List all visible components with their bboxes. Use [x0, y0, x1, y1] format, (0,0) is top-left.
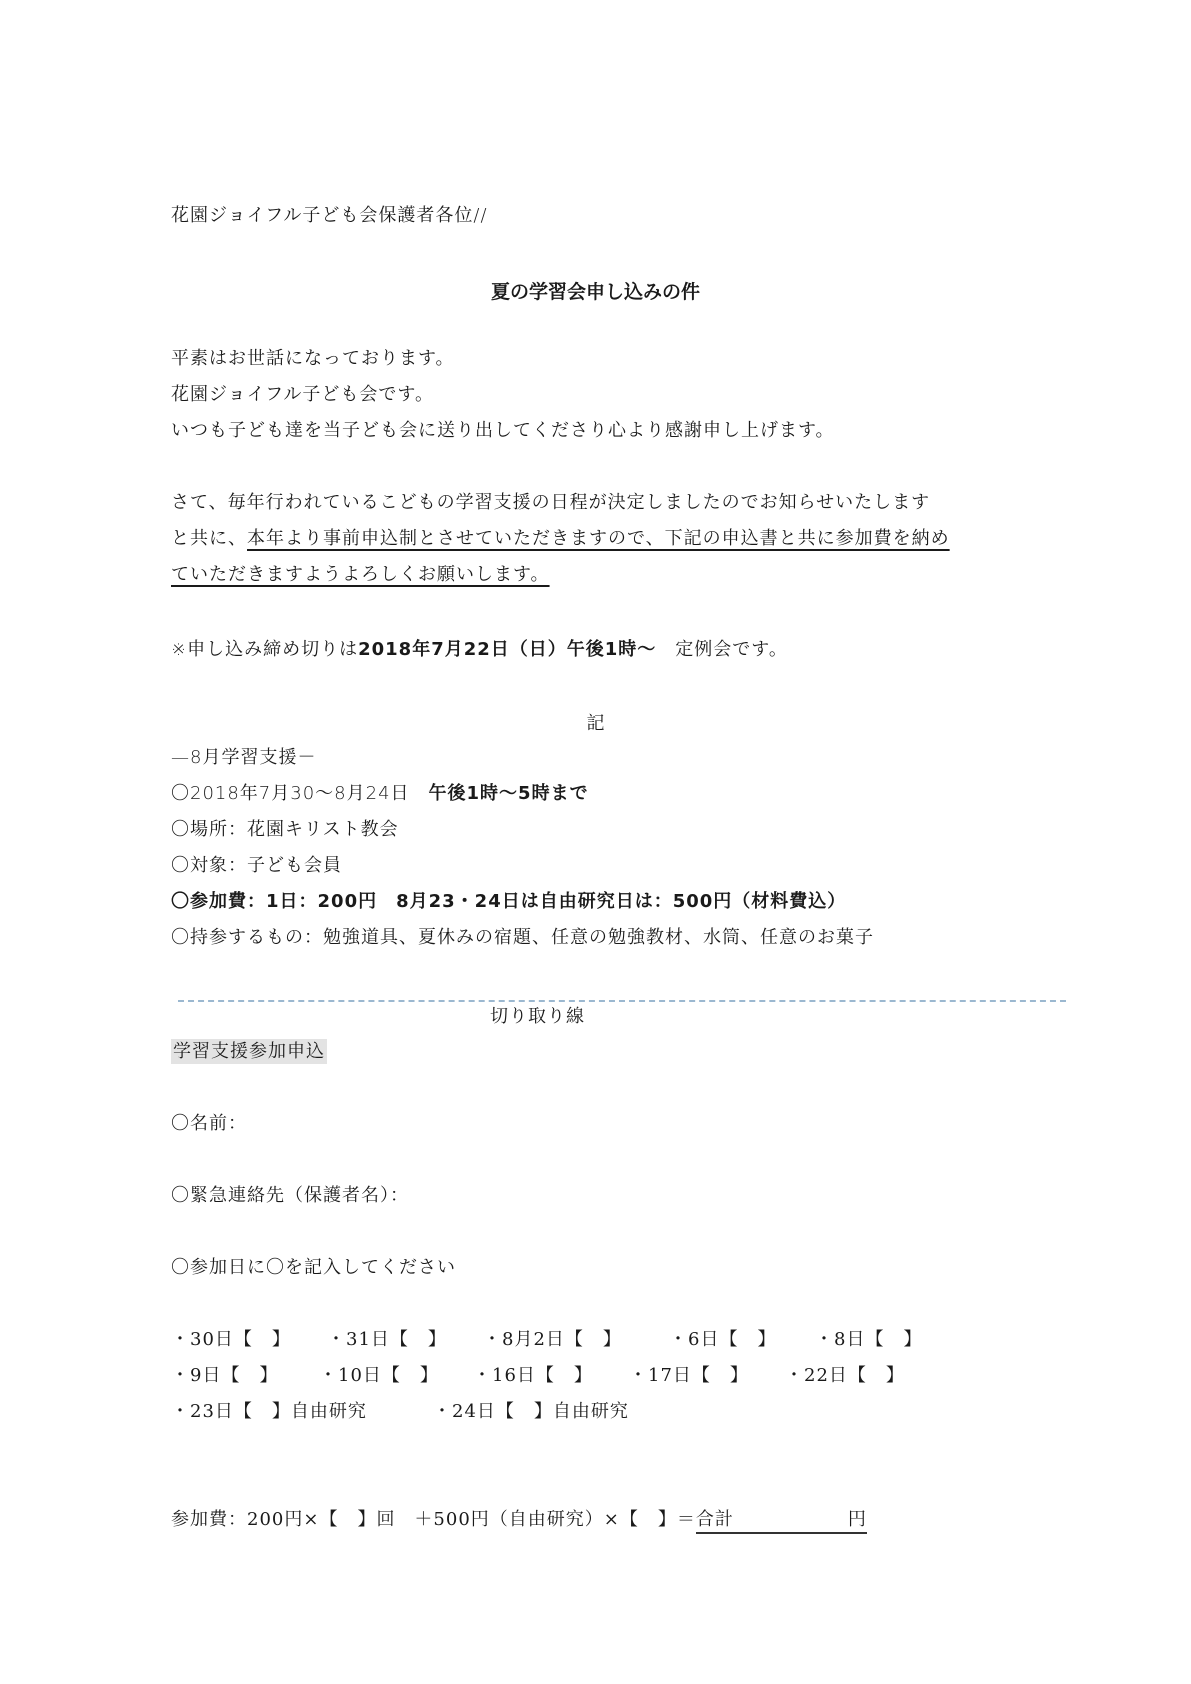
details-time: 午後1時～5時まで — [429, 783, 589, 804]
details-place: 〇場所：花園キリスト教会 — [171, 818, 399, 842]
greeting-line-2: 花園ジョイフル子ども会です。 — [171, 383, 434, 407]
day-checkbox[interactable]: ・17日【 】 — [629, 1364, 785, 1388]
days-row-3: ・23日【 】自由研究・24日【 】自由研究 — [171, 1400, 629, 1424]
notice-line-2-plain: と共に、 — [171, 528, 247, 549]
cut-line-label: 切り取り線 — [490, 1002, 585, 1028]
greeting-line-3: いつも子ども達を当子ども会に送り出してくださり心より感謝申し上げます。 — [171, 419, 835, 443]
notice-line-2-underlined: 本年より事前申込制とさせていただきますので、下記の申込書と共に参加費を納め — [247, 528, 950, 549]
day-checkbox[interactable]: ・24日【 】自由研究 — [433, 1400, 629, 1424]
fee-calculation: 参加費：200円×【 】回 ＋500円（自由研究）×【 】＝合計 円 — [171, 1508, 867, 1532]
days-row-1: ・30日【 】・31日【 】・8月2日【 】・6日【 】・8日【 】 — [171, 1328, 922, 1352]
salutation: 花園ジョイフル子ども会保護者各位// — [171, 204, 488, 228]
day-checkbox[interactable]: ・22日【 】 — [785, 1364, 905, 1388]
day-checkbox[interactable]: ・16日【 】 — [473, 1364, 629, 1388]
details-target: 〇対象：子ども会員 — [171, 854, 342, 878]
day-checkbox[interactable]: ・31日【 】 — [327, 1328, 483, 1352]
form-name-label: 〇名前： — [171, 1112, 247, 1136]
cut-line — [178, 1000, 1066, 1002]
details-items: 〇持参するもの：勉強道具、夏休みの宿題、任意の勉強教材、水筒、任意のお菓子 — [171, 926, 874, 950]
total-field[interactable]: 合計 円 — [696, 1509, 867, 1534]
form-heading: 学習支援参加申込 — [171, 1040, 327, 1064]
notice-line-3-underlined: ていただきますようよろしくお願いします。 — [171, 564, 550, 585]
day-checkbox[interactable]: ・8月2日【 】 — [483, 1328, 669, 1352]
deadline-suffix: 定例会です。 — [656, 639, 788, 660]
notice-line-2: と共に、本年より事前申込制とさせていただきますので、下記の申込書と共に参加費を納… — [171, 527, 950, 551]
details-heading: —8月学習支援－ — [171, 746, 316, 770]
days-row-2: ・9日【 】・10日【 】・16日【 】・17日【 】・22日【 】 — [171, 1364, 905, 1388]
deadline-date: 2018年7月22日（日）午後1時～ — [358, 639, 656, 660]
form-heading-highlight: 学習支援参加申込 — [171, 1039, 327, 1064]
document-page: 花園ジョイフル子ども会保護者各位// 夏の学習会申し込みの件 平素はお世話になっ… — [0, 0, 1191, 1684]
ki-marker: 記 — [0, 709, 1191, 735]
details-date: 〇2018年7月30～8月24日 午後1時～5時まで — [171, 782, 589, 806]
greeting-line-1: 平素はお世話になっております。 — [171, 347, 455, 371]
notice-line-3: ていただきますようよろしくお願いします。 — [171, 563, 550, 587]
day-checkbox[interactable]: ・23日【 】自由研究 — [171, 1400, 433, 1424]
day-checkbox[interactable]: ・10日【 】 — [319, 1364, 473, 1388]
form-emergency-label: 〇緊急連絡先（保護者名）： — [171, 1184, 409, 1208]
details-fee: 〇参加費：1日：200円 8月23・24日は自由研究日は：500円（材料費込） — [171, 890, 846, 914]
deadline-prefix: ※申し込み締め切りは — [171, 639, 358, 660]
details-date-range: 〇2018年7月30～8月24日 — [171, 783, 429, 804]
day-checkbox[interactable]: ・9日【 】 — [171, 1364, 319, 1388]
day-checkbox[interactable]: ・6日【 】 — [669, 1328, 815, 1352]
day-checkbox[interactable]: ・8日【 】 — [815, 1328, 922, 1352]
deadline-line: ※申し込み締め切りは2018年7月22日（日）午後1時～ 定例会です。 — [171, 638, 788, 662]
fee-formula: 参加費：200円×【 】回 ＋500円（自由研究）×【 】＝ — [171, 1509, 696, 1530]
form-instructions: 〇参加日に〇を記入してください — [171, 1256, 456, 1280]
day-checkbox[interactable]: ・30日【 】 — [171, 1328, 327, 1352]
document-title: 夏の学習会申し込みの件 — [0, 277, 1191, 304]
notice-line-1: さて、毎年行われているこどもの学習支援の日程が決定しましたのでお知らせいたします — [171, 491, 930, 515]
